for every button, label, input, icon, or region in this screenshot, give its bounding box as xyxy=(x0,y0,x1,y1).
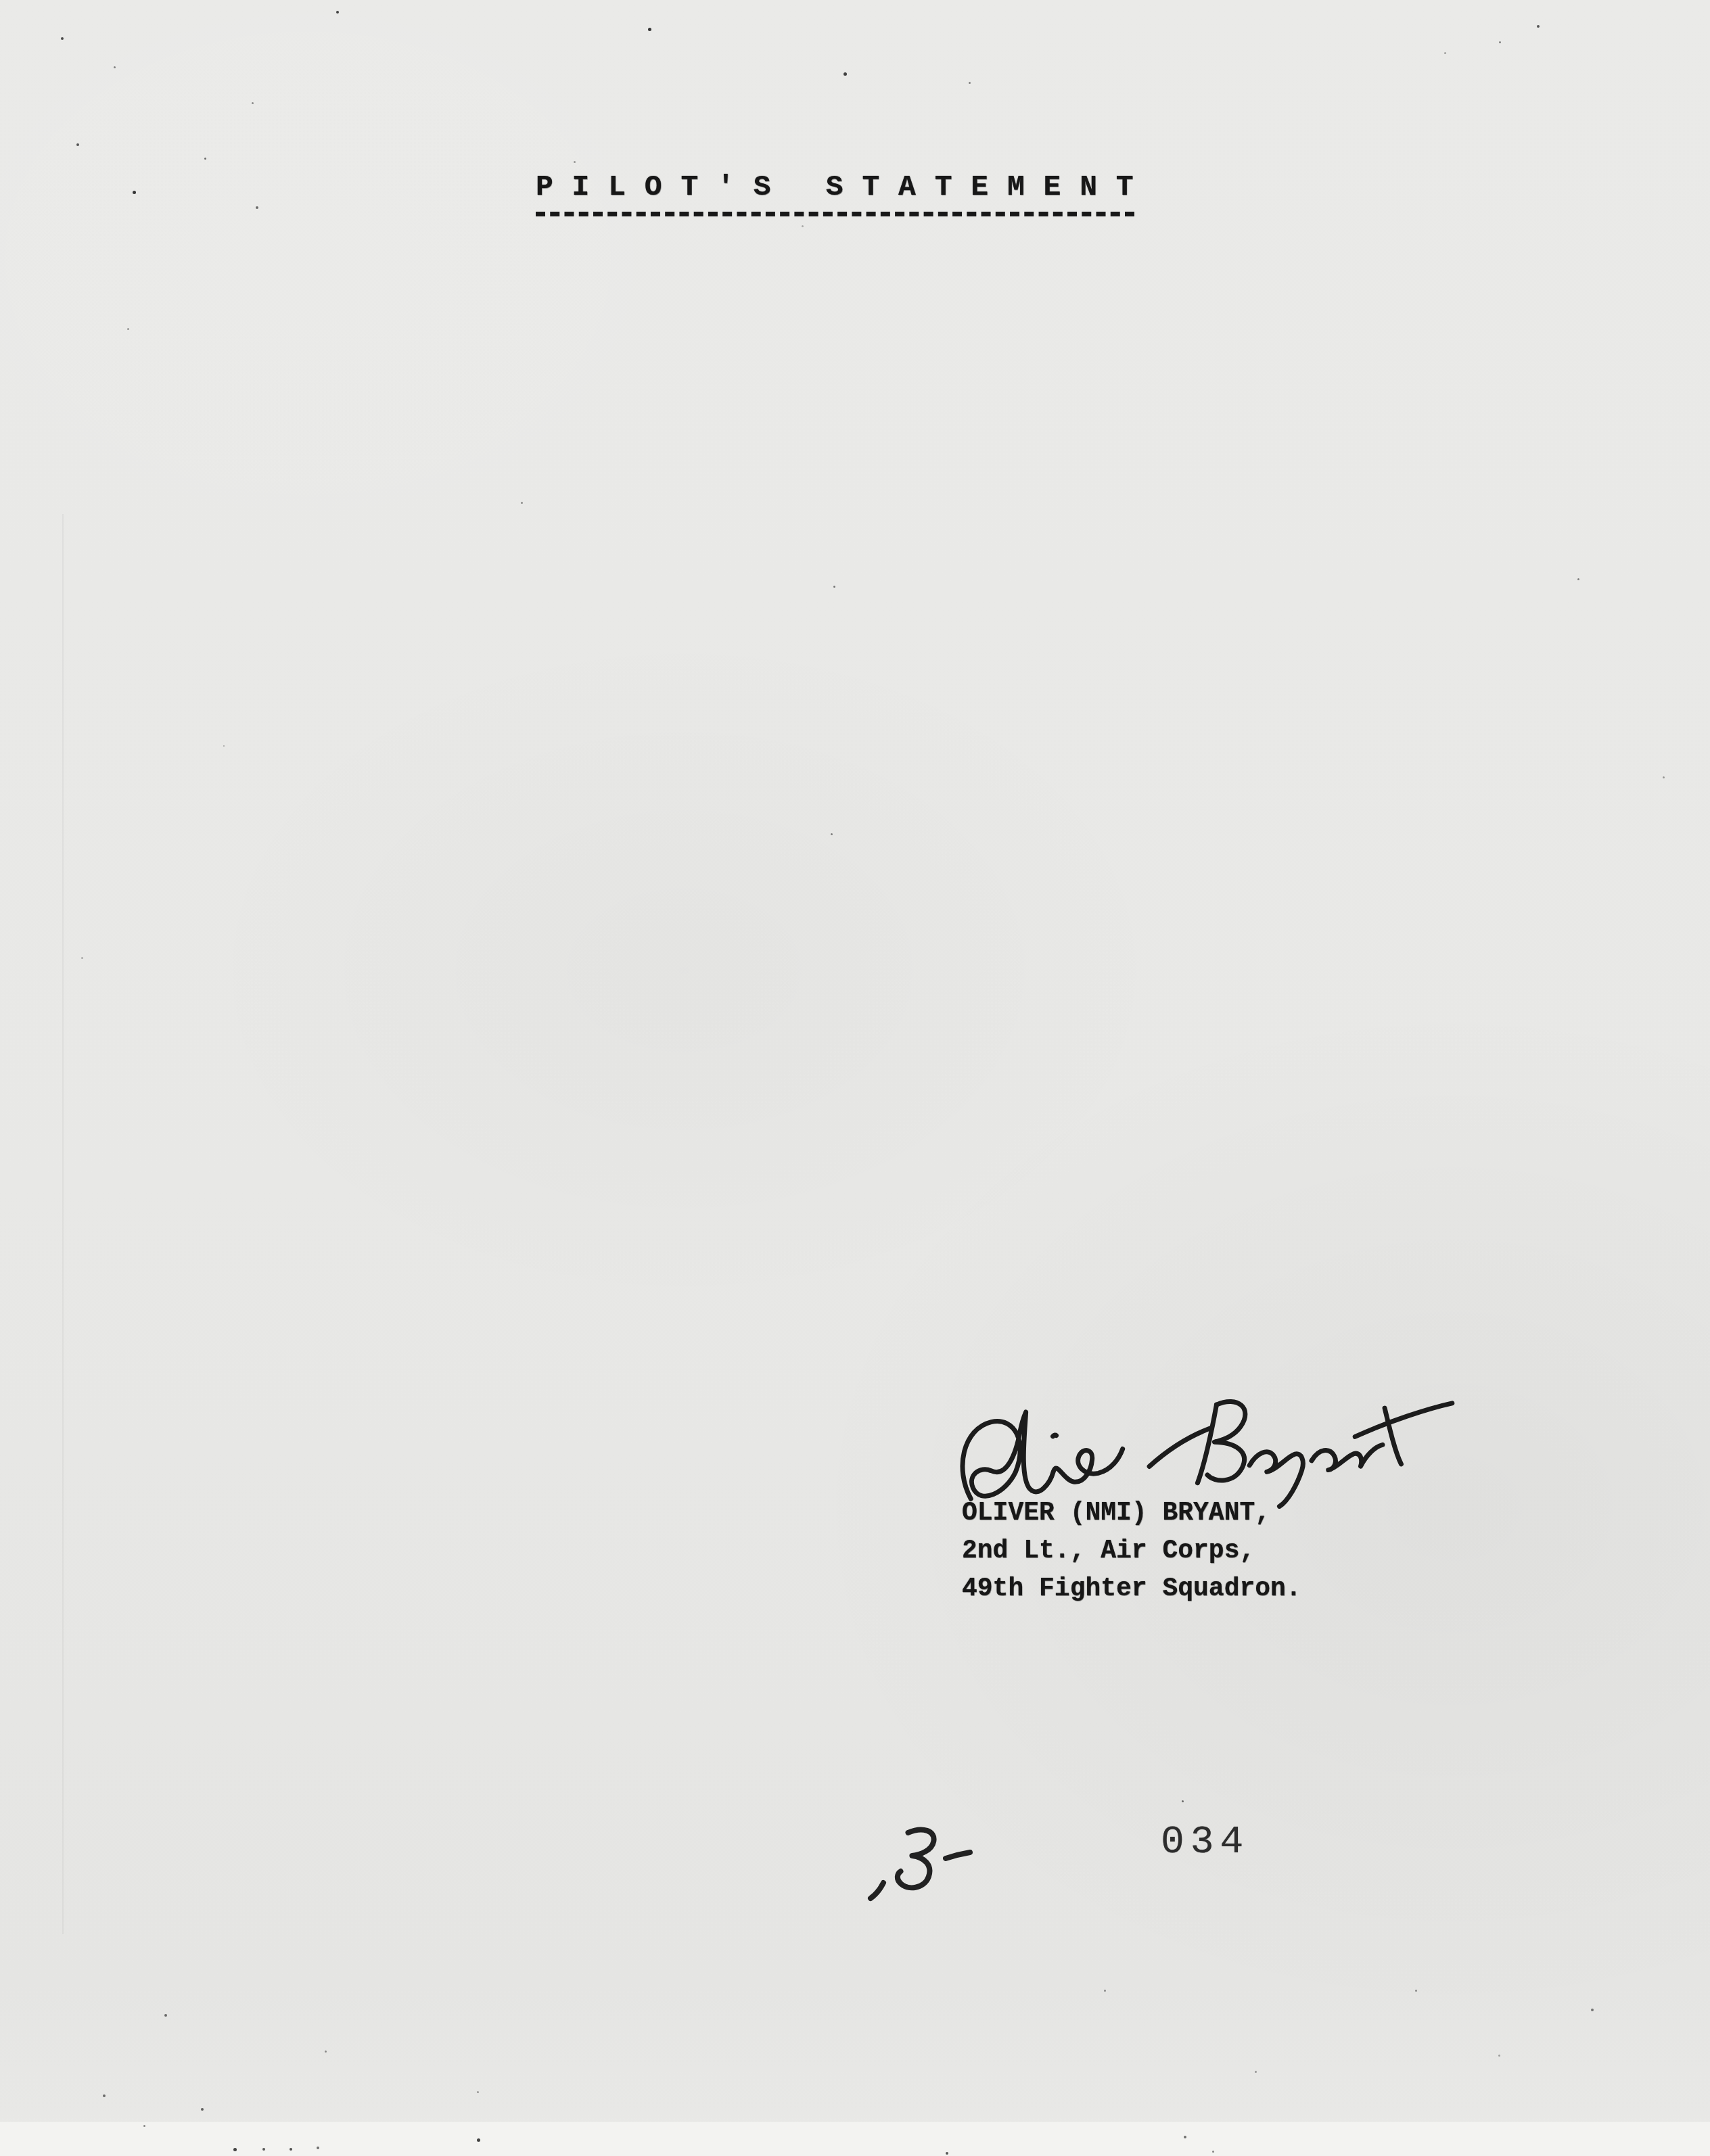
scan-speck xyxy=(831,833,833,835)
scan-speck xyxy=(1255,2071,1257,2073)
scanned-document-page: P I L O T ' S S T A T E M E N T OLIVER (… xyxy=(0,0,1710,2156)
scan-speck xyxy=(1182,1800,1184,1802)
scan-speck xyxy=(574,161,576,163)
scan-artifact-line xyxy=(62,514,64,1934)
signature-typed-block: OLIVER (NMI) BRYANT, 2nd Lt., Air Corps,… xyxy=(962,1495,1301,1608)
scan-speck xyxy=(1444,52,1446,54)
scan-speck xyxy=(262,2148,265,2151)
scan-speck xyxy=(844,72,847,76)
scan-speck xyxy=(81,957,83,959)
scan-speck xyxy=(233,2148,237,2151)
scan-speck xyxy=(1591,2009,1594,2011)
scan-speck xyxy=(1499,41,1501,43)
scan-speck xyxy=(143,2125,145,2127)
signature-typed-rank: 2nd Lt., Air Corps, xyxy=(962,1532,1301,1570)
scan-speck xyxy=(290,2148,292,2151)
scan-speck xyxy=(204,158,206,160)
signature-typed-name: OLIVER (NMI) BRYANT, xyxy=(962,1495,1301,1532)
signature-typed-unit: 49th Fighter Squadron. xyxy=(962,1570,1301,1608)
scan-speck xyxy=(76,143,79,146)
scan-speck xyxy=(802,225,804,227)
scan-speck xyxy=(114,66,116,68)
scan-speck xyxy=(336,11,339,14)
scan-speck xyxy=(133,191,136,194)
scan-speck xyxy=(252,102,254,104)
page-stamp: 034 xyxy=(1161,1821,1249,1865)
scan-speck xyxy=(521,502,523,504)
document-title: P I L O T ' S S T A T E M E N T xyxy=(536,170,1134,216)
page-number-handwritten xyxy=(867,1818,996,1906)
scan-speck xyxy=(164,2014,167,2017)
scan-speck xyxy=(477,2091,479,2093)
scan-speck xyxy=(1415,1990,1417,1992)
scan-speck xyxy=(1577,578,1579,580)
scan-speck xyxy=(1104,1990,1106,1992)
scan-speck xyxy=(103,2094,106,2097)
scan-speck xyxy=(477,2138,480,2142)
scan-speck xyxy=(648,28,651,31)
scan-edge-strip xyxy=(0,2122,1710,2156)
scan-speck xyxy=(946,2152,948,2155)
scan-speck xyxy=(833,586,835,588)
scan-speck xyxy=(1663,776,1665,778)
scan-speck xyxy=(256,206,258,209)
scan-speck xyxy=(325,2050,327,2053)
scan-speck xyxy=(201,2108,204,2111)
scan-speck xyxy=(127,328,129,330)
scan-speck xyxy=(1212,2151,1214,2153)
scan-speck xyxy=(317,2147,319,2149)
scan-speck xyxy=(1537,25,1540,28)
scan-speck xyxy=(61,37,64,40)
scan-speck xyxy=(1498,2055,1500,2057)
scan-speck xyxy=(969,82,971,84)
scan-speck xyxy=(1184,2136,1186,2138)
scan-speck xyxy=(223,745,225,747)
